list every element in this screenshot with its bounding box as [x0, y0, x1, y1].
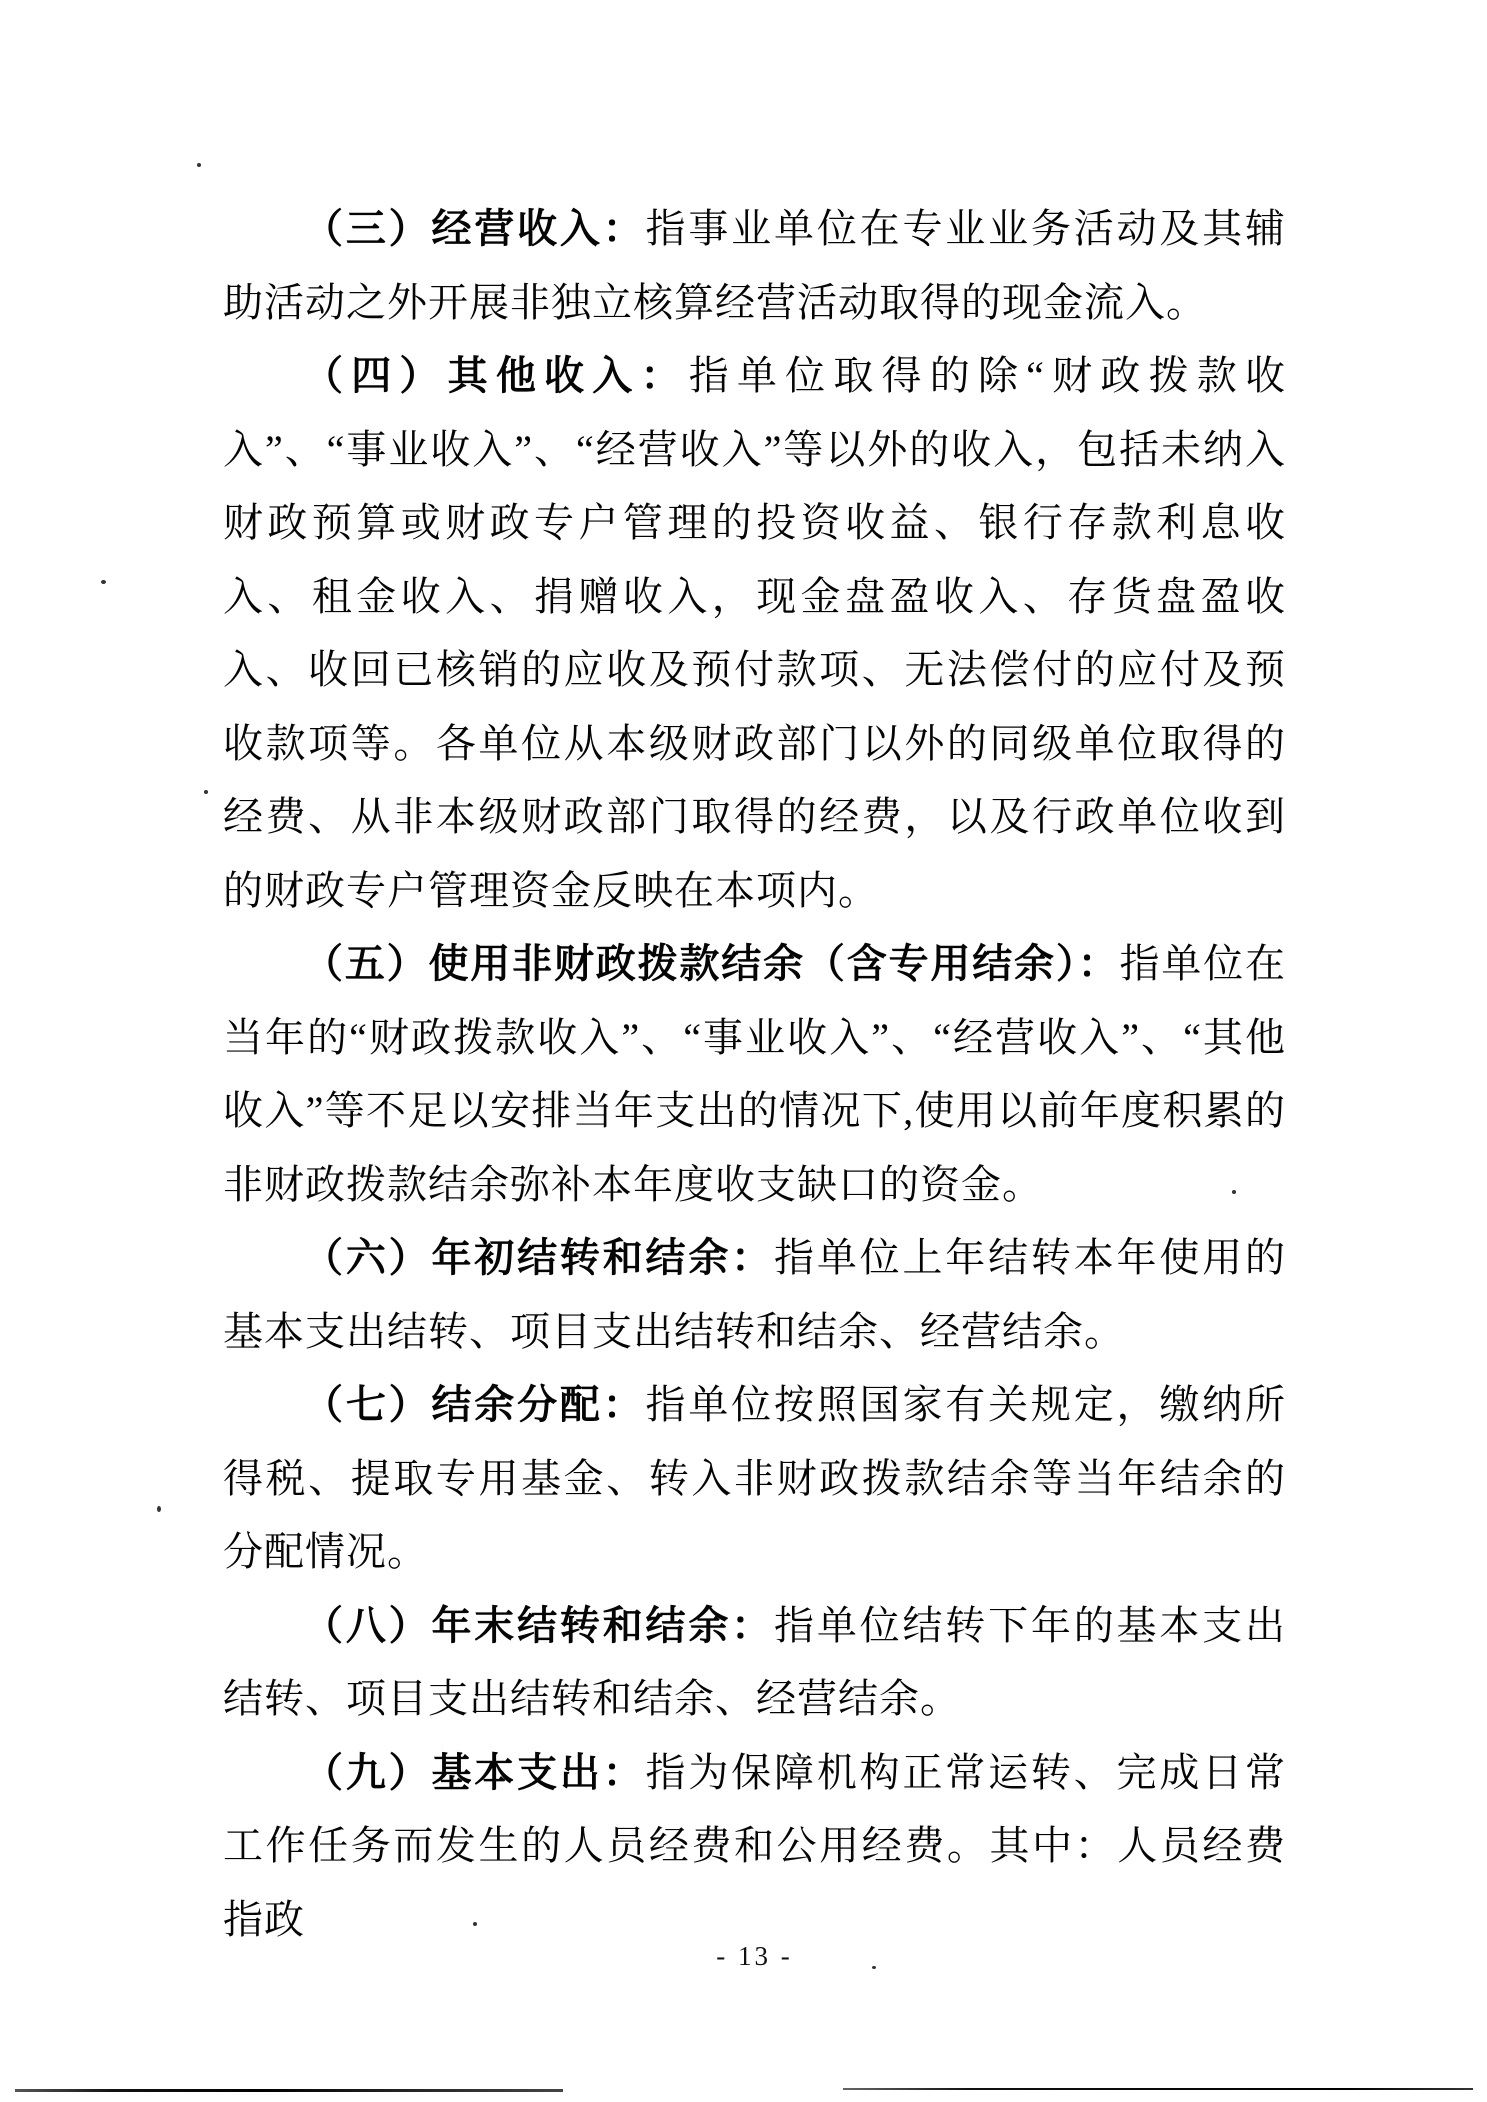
scan-speck — [157, 1506, 161, 1512]
paragraph-year-end-carryover: （八）年末结转和结余：指单位结转下年的基本支出结转、项目支出结转和结余、经营结余… — [223, 1589, 1286, 1736]
paragraph-year-begin-carryover-heading: （六）年初结转和结余： — [303, 1235, 774, 1280]
paragraph-non-fiscal-surplus-heading: （五）使用非财政拨款结余（含专用结余）： — [303, 941, 1120, 986]
paragraph-non-fiscal-surplus: （五）使用非财政拨款结余（含专用结余）：指单位在当年的“财政拨款收入”、“事业收… — [223, 927, 1286, 1221]
paragraph-other-income-heading: （四）其他收入： — [303, 353, 689, 398]
paragraph-surplus-distribution-heading: （七）结余分配： — [303, 1382, 646, 1427]
paragraph-surplus-distribution: （七）结余分配：指单位按照国家有关规定，缴纳所得税、提取专用基金、转入非财政拨款… — [223, 1368, 1286, 1589]
paragraph-operating-income-heading: （三）经营收入： — [303, 206, 646, 251]
paragraph-other-income-text: 指单位取得的除“财政拨款收入”、“事业收入”、“经营收入”等以外的收入，包括未纳… — [223, 353, 1286, 913]
document-body: （三）经营收入：指事业单位在专业业务活动及其辅助活动之外开展非独立核算经营活动取… — [223, 192, 1286, 1956]
scan-speck — [197, 163, 201, 167]
paragraph-other-income: （四）其他收入：指单位取得的除“财政拨款收入”、“事业收入”、“经营收入”等以外… — [223, 339, 1286, 927]
scan-speck — [1232, 1190, 1236, 1194]
paragraph-year-end-carryover-heading: （八）年末结转和结余： — [303, 1603, 774, 1648]
scan-artifact-line-left — [15, 2089, 563, 2092]
paragraph-year-begin-carryover: （六）年初结转和结余：指单位上年结转本年使用的基本支出结转、项目支出结转和结余、… — [223, 1221, 1286, 1368]
scan-speck — [204, 790, 208, 794]
paragraph-operating-income: （三）经营收入：指事业单位在专业业务活动及其辅助活动之外开展非独立核算经营活动取… — [223, 192, 1286, 339]
scan-artifact-line-right — [843, 2088, 1473, 2090]
paragraph-basic-expenditure: （九）基本支出：指为保障机构正常运转、完成日常工作任务而发生的人员经费和公用经费… — [223, 1736, 1286, 1957]
scan-speck — [473, 1922, 477, 1926]
scan-speck — [872, 1966, 876, 1969]
scan-speck — [101, 580, 106, 584]
document-page: （三）经营收入：指事业单位在专业业务活动及其辅助活动之外开展非独立核算经营活动取… — [0, 0, 1487, 2102]
page-number: - 13 - — [223, 1941, 1286, 1972]
paragraph-basic-expenditure-heading: （九）基本支出： — [303, 1750, 646, 1795]
